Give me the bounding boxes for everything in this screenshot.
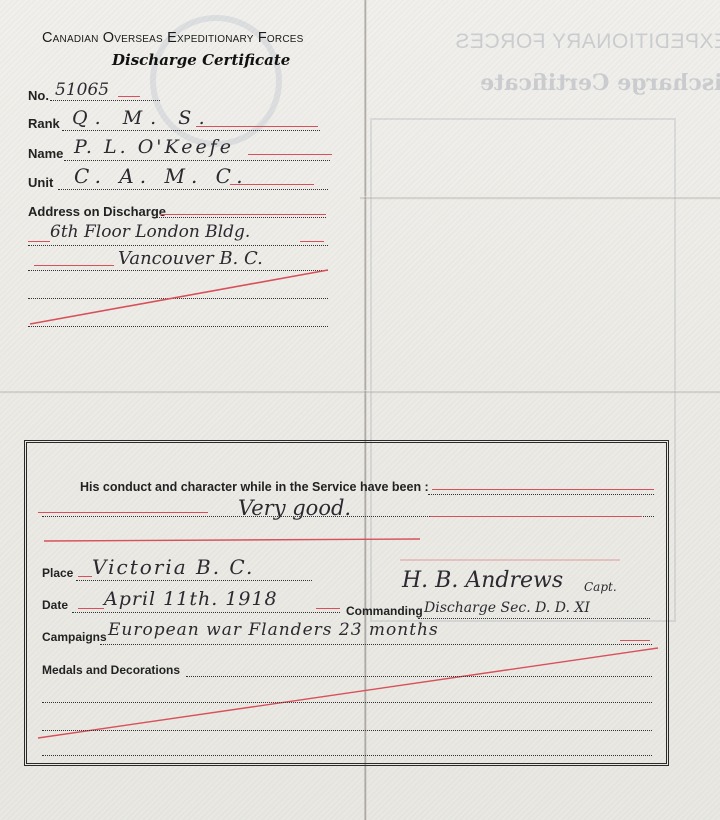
- medals-label: Medals and Decorations: [42, 663, 180, 677]
- conduct-red-rule-2a: [38, 512, 208, 513]
- commanding-rule: [418, 618, 650, 619]
- conduct-label: His conduct and character while in the S…: [80, 480, 429, 494]
- place-label: Place: [42, 566, 73, 580]
- place-rule: [76, 580, 312, 581]
- campaigns-value: European war Flanders 23 months: [108, 620, 439, 640]
- medals-rule-2: [42, 702, 652, 703]
- medals-rule-1: [186, 676, 652, 677]
- date-red-rule-b: [316, 608, 340, 609]
- campaigns-rule: [100, 644, 652, 645]
- place-red-rule: [78, 576, 92, 577]
- date-value: April 11th. 1918: [104, 588, 278, 610]
- campaigns-label: Campaigns: [42, 630, 107, 644]
- medals-rule-3: [42, 730, 652, 731]
- campaigns-red-rule: [620, 640, 650, 641]
- date-label: Date: [42, 598, 68, 612]
- commanding-value: Discharge Sec. D. D. XI: [424, 600, 590, 616]
- conduct-rule-1: [428, 494, 654, 495]
- conduct-value: Very good.: [238, 496, 351, 520]
- medals-rule-4: [42, 755, 652, 756]
- conduct-red-rule-2b: [430, 516, 642, 517]
- place-value: Victoria B. C.: [92, 555, 254, 579]
- officer-signature: H. B. Andrews: [402, 568, 563, 593]
- date-red-rule-a: [78, 608, 104, 609]
- date-rule: [72, 612, 340, 613]
- commanding-label: Commanding: [346, 604, 423, 618]
- conduct-red-rule-1: [432, 489, 654, 490]
- officer-rank: Capt.: [584, 580, 617, 594]
